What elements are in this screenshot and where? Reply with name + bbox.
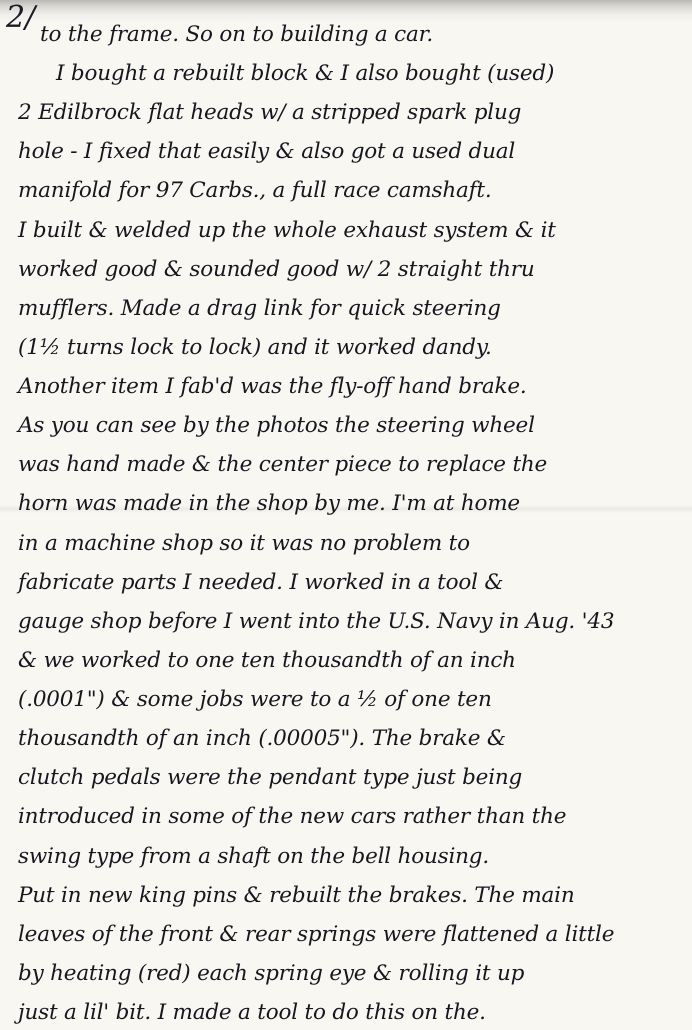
text-line: (1½ turns lock to lock) and it worked da… [18, 335, 492, 360]
text-line: Put in new king pins & rebuilt the brake… [18, 883, 575, 908]
text-line: worked good & sounded good w/ 2 straight… [18, 257, 535, 282]
text-line: Another item I fab'd was the fly-off han… [18, 374, 527, 399]
text-line: horn was made in the shop by me. I'm at … [18, 491, 520, 516]
text-line: (.0001") & some jobs were to a ½ of one … [18, 687, 492, 712]
text-line: & we worked to one ten thousandth of an … [18, 648, 516, 673]
text-line: fabricate parts I needed. I worked in a … [18, 570, 503, 595]
text-line: by heating (red) each spring eye & rolli… [18, 961, 524, 986]
text-line: introduced in some of the new cars rathe… [18, 804, 566, 829]
text-line: clutch pedals were the pendant type just… [18, 765, 522, 790]
text-line: just a lil' bit. I made a tool to do thi… [18, 1000, 486, 1025]
text-line: in a machine shop so it was no problem t… [18, 531, 470, 556]
text-line: was hand made & the center piece to repl… [18, 452, 547, 477]
text-line: 2 Edilbrock flat heads w/ a stripped spa… [18, 100, 521, 125]
text-line: thousandth of an inch (.00005"). The bra… [18, 726, 506, 751]
text-line: leaves of the front & rear springs were … [18, 922, 614, 947]
page-number: 2/ [6, 0, 35, 35]
text-line: I bought a rebuilt block & I also bought… [56, 61, 554, 86]
text-line: As you can see by the photos the steerin… [18, 413, 535, 438]
text-line: hole - I fixed that easily & also got a … [18, 139, 515, 164]
text-line: I built & welded up the whole exhaust sy… [18, 218, 556, 243]
text-line: to the frame. So on to building a car. [40, 22, 433, 47]
text-line: gauge shop before I went into the U.S. N… [18, 609, 614, 634]
text-line: manifold for 97 Carbs., a full race cams… [18, 178, 491, 203]
letter-page: 2/ to the frame. So on to building a car… [0, 0, 692, 1030]
text-line: mufflers. Made a drag link for quick ste… [18, 296, 501, 321]
text-line: swing type from a shaft on the bell hous… [18, 844, 489, 869]
